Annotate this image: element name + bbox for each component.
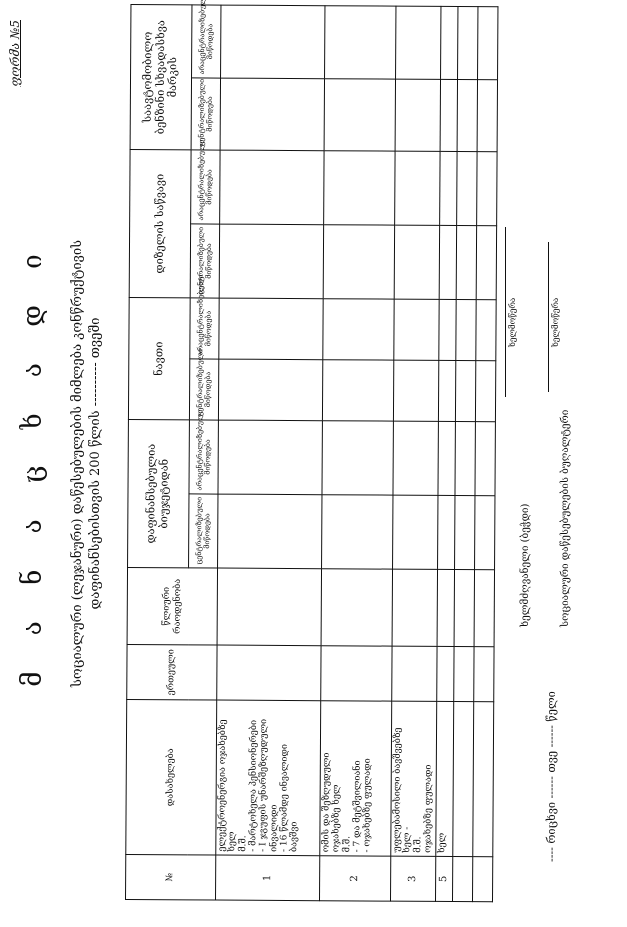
- description-line: უფლებამოსილი ბავშვებზე ხელ -: [392, 705, 414, 853]
- cell: [454, 570, 474, 647]
- cell: [475, 496, 495, 570]
- row-description: [453, 702, 474, 857]
- row-number: [452, 857, 472, 902]
- cell: [455, 496, 475, 570]
- cell: [438, 495, 455, 569]
- cell: [475, 422, 495, 496]
- header-group-gasoline: საავტომობილო ბენზინი სხვადასხვა მარკის: [130, 4, 192, 149]
- cell: [394, 299, 439, 360]
- cell: [439, 225, 456, 299]
- signature-label-accountant: სოციალური დაწესებულების ბუღალტერი: [560, 410, 571, 627]
- row-description: [473, 702, 494, 857]
- cell: [323, 225, 394, 299]
- header-group-budget: დაფინანსებულია ბიუჯეტიდან: [128, 419, 190, 567]
- table-row: 1 ელექტროენერგია ოჯახებზე ხელ მ.შ. - მარ…: [216, 5, 325, 901]
- row-number: 1: [216, 855, 320, 901]
- cell: [474, 570, 494, 647]
- table-row: 3 უფლებამოსილი ბავშვებზე ხელ - მ.შ. ოჯახ…: [390, 6, 440, 901]
- header-number: №: [126, 855, 216, 901]
- table-row: 2 ომის და შეზღუდული ოჯახებზე ხელ მ.შ. - …: [319, 6, 395, 901]
- subheader-centralized: ცენტრალიზებული მიწოდება: [189, 494, 218, 568]
- cell: [477, 80, 497, 152]
- cell: [219, 298, 323, 360]
- cell: [439, 299, 456, 360]
- description-line: ოჯახებზე ხელ: [332, 704, 343, 852]
- cell: [478, 7, 498, 80]
- row-number: 5: [435, 856, 452, 901]
- cell: [438, 421, 455, 495]
- cell: [221, 5, 325, 79]
- cell: [440, 79, 457, 151]
- document-title: მ ა ნ ა ც ხ ა დ ი: [18, 0, 48, 927]
- cell: [475, 361, 495, 422]
- header-group-diesel: დიზელის საწვავი: [129, 149, 191, 297]
- cell: [322, 495, 393, 569]
- cell: [395, 151, 440, 225]
- subheader-decentralized: არაცენტრალიზებული მიწოდება: [191, 150, 220, 224]
- cell: [218, 359, 322, 421]
- cell: [323, 299, 394, 360]
- cell-annual: [392, 569, 437, 646]
- application-table: № დასახელება ერთეული წლიური რაოდენობა და…: [125, 4, 498, 902]
- cell: [218, 420, 322, 495]
- cell: [440, 151, 457, 225]
- subheader-decentralized: არაცენტრალიზებული მიწოდება: [190, 298, 219, 359]
- cell: [477, 152, 497, 226]
- signature-label-head: ხელმძღვანელი (ბეჭდი): [520, 504, 531, 627]
- description-line: - ოჯახებზე ფულადი: [363, 704, 374, 852]
- cell: [393, 421, 438, 495]
- cell: [456, 225, 476, 299]
- cell: [325, 6, 396, 79]
- signature-line: [548, 242, 549, 392]
- cell-annual: [321, 569, 392, 646]
- cell-unit: [321, 646, 392, 701]
- header-annual-quantity: წლიური რაოდენობა: [127, 568, 217, 646]
- subheader-centralized: ცენტრალიზებული მიწოდება: [191, 78, 220, 150]
- row-number: [472, 857, 492, 902]
- cell: [454, 647, 474, 702]
- signature-caption: ხელმოწერა: [508, 298, 517, 347]
- subheader-decentralized: არაცენტრალიზებული მიწოდება: [192, 5, 221, 78]
- table-row: [472, 7, 497, 902]
- cell: [438, 360, 455, 421]
- cell: [218, 494, 322, 569]
- row-description: უფლებამოსილი ბავშვებზე ხელ - მ.შ. ოჯახებ…: [391, 701, 437, 856]
- row-number: 2: [319, 856, 390, 901]
- cell: [474, 647, 494, 702]
- row-description: ელექტროენერგია ოჯახებზე ხელ მ.შ. - მარტო…: [216, 700, 321, 856]
- cell: [220, 78, 324, 151]
- subheader-centralized: ცენტრალიზებული მიწოდება: [190, 224, 219, 298]
- cell: [322, 421, 393, 495]
- signature-caption: ხელმოწერა: [551, 298, 560, 347]
- cell-unit: [217, 645, 321, 701]
- description-line: ბავშვი: [290, 704, 301, 852]
- cell: [476, 300, 496, 361]
- row-number: 3: [390, 856, 435, 901]
- cell: [455, 360, 475, 421]
- cell: [476, 226, 496, 300]
- document-subtitle: სოციალური (ლეჯანური) დაწესებულების მიმლე…: [70, 0, 85, 927]
- cell: [324, 79, 395, 151]
- header-name: დასახელება: [126, 700, 217, 856]
- cell: [324, 151, 395, 225]
- header-unit: ერთეული: [127, 645, 217, 701]
- document-page: ფორმა №5 მ ა ნ ა ც ხ ა დ ი სოციალური (ლე…: [0, 0, 627, 927]
- description-line: - I ჯგუფის უნარშეზღუდული: [259, 704, 270, 852]
- subheader-centralized: ცენტრალიზებული მიწოდება: [189, 359, 218, 420]
- cell: [395, 79, 440, 151]
- cell: [220, 150, 324, 225]
- cell: [456, 299, 476, 360]
- document-subtitle-period: დაფინანსებისთვის 200 წლის ---------- თვე…: [88, 0, 103, 927]
- cell: [393, 495, 438, 569]
- cell: [457, 151, 477, 225]
- description-line: ოჯახებზე ფულადი: [423, 705, 434, 853]
- cell-annual: [217, 568, 321, 646]
- description-line: ხელ: [437, 705, 448, 853]
- cell: [394, 225, 439, 299]
- cell-annual: [437, 569, 454, 646]
- subheader-decentralized: არაცენტრალიზებული მიწოდება: [189, 420, 218, 494]
- description-line: ელექტროენერგია ოჯახებზე ხელ: [217, 704, 239, 852]
- cell-unit: [392, 646, 437, 701]
- signature-line: [505, 227, 506, 397]
- date-line: ---- რიცხვი ------ თვე ------ წელი: [545, 691, 558, 862]
- cell: [322, 360, 393, 421]
- cell: [396, 6, 441, 79]
- cell: [455, 421, 475, 495]
- row-description: ხელ: [436, 701, 454, 856]
- cell: [441, 6, 458, 79]
- cell: [457, 79, 477, 151]
- header-group-kerosene: ნავთი: [128, 297, 190, 419]
- cell: [219, 224, 323, 299]
- row-description: ომის და შეზღუდული ოჯახებზე ხელ მ.შ. - 7 …: [320, 701, 392, 856]
- cell: [393, 360, 438, 421]
- cell-unit: [437, 646, 454, 701]
- cell: [458, 6, 478, 79]
